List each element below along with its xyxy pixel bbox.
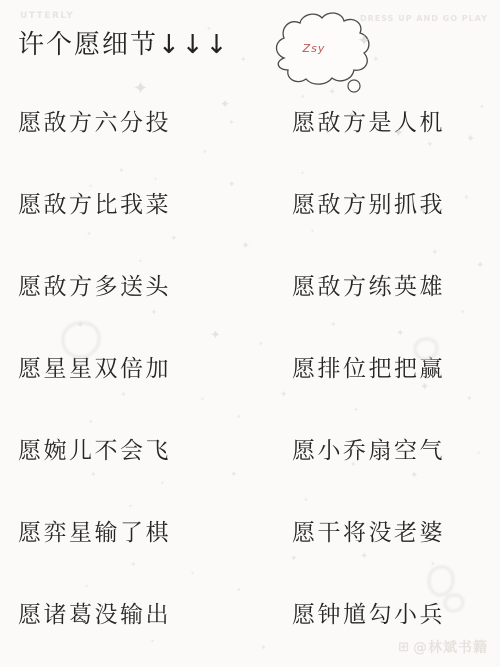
wish-item: 愿敌方多送头 [18,276,171,299]
sparkle-icon: ✦ [228,119,235,127]
sparkle-icon: ✦ [228,181,236,190]
sparkle-icon: ✦ [133,80,148,98]
sparkle-icon: ✦ [372,56,380,65]
doodle-blob [444,594,464,612]
sparkle-icon: ✦ [202,149,208,156]
sparkle-icon: ✦ [150,309,158,318]
wish-item: 愿敌方比我菜 [18,194,171,217]
bubble-signature: Zsy [266,42,362,55]
wish-item: 愿排位把把赢 [292,358,445,381]
sparkle-icon: ✦ [460,309,466,316]
wish-column-right: 愿敌方是人机 愿敌方别抓我 愿敌方练英雄 愿排位把把赢 愿小乔扇空气 愿干将没老… [292,112,445,627]
wish-item: 愿小乔扇空气 [292,440,445,463]
sparkle-icon: ✦ [420,381,429,392]
sparkle-icon: ✦ [328,88,336,98]
wish-item: 愿星星双倍加 [18,358,171,381]
wish-column-left: 愿敌方六分投 愿敌方比我菜 愿敌方多送头 愿星星双倍加 愿婉儿不会飞 愿弈星输了… [18,112,171,627]
sparkle-icon: ✦ [190,571,195,577]
sparkle-icon: ✦ [310,229,315,235]
sparkle-icon: ✦ [150,639,155,645]
sparkle-icon: ✦ [418,204,428,216]
wish-card: UTTERLY DRESS UP AND GO PLAY 许个愿细节↓↓↓ Zs… [0,0,500,667]
sparkle-icon: ✦ [90,471,97,479]
sparkle-icon: ✦ [88,184,93,190]
sparkle-icon: ✦ [350,207,358,216]
sparkle-icon: ✦ [303,497,309,504]
sparkle-icon: ✦ [128,504,133,510]
sparkle-icon: ✦ [236,587,242,594]
sparkle-icon: ✦ [160,481,165,487]
sparkle-icon: ✦ [330,601,335,607]
sparkle-icon: ✦ [476,261,484,271]
sparkle-icon: ✦ [466,133,475,144]
watermark-bottom-right: ⊞ @林斌书籍 [398,637,488,657]
sparkle-icon: ✦ [230,471,238,480]
sparkle-icon: ✦ [280,391,288,400]
sparkle-icon: ✦ [431,249,439,258]
sparkle-icon: ✦ [300,94,306,101]
sparkle-icon: ✦ [138,259,143,265]
sparkle-icon: ✦ [170,235,178,244]
sparkle-icon: ✦ [84,584,89,590]
sparkle-icon: ✦ [200,397,205,403]
sparkle-icon: ✦ [241,240,250,251]
sparkle-icon: ✦ [476,451,481,457]
watermark-top-left: UTTERLY [20,11,74,21]
sparkle-icon: ✦ [240,56,247,64]
sparkle-icon: ✦ [463,194,470,202]
sparkle-icon: ✦ [258,341,264,348]
sparkle-icon: ✦ [426,141,434,150]
sparkle-icon: ✦ [130,561,137,569]
sparkle-icon: ✦ [236,414,242,421]
sparkle-icon: ✦ [118,167,125,175]
watermark-handle: @林斌书籍 [413,637,488,657]
watermark-top-right: DRESS UP AND GO PLAY [360,14,488,23]
page-title: 许个愿细节↓↓↓ [18,24,229,61]
wish-item: 愿钟馗勾小兵 [292,604,445,627]
sparkle-icon: ✦ [353,407,359,414]
wish-item: 愿敌方六分投 [18,112,171,135]
sparkle-icon: ✦ [206,26,212,33]
sparkle-icon: ✦ [466,395,473,403]
sparkle-icon: ✦ [396,329,404,339]
sparkle-icon: ✦ [479,104,485,111]
doodle-blob [428,566,454,596]
watermark-logo-icon: ⊞ [398,640,410,655]
sparkle-icon: ✦ [86,231,92,238]
sparkle-icon: ✦ [260,644,267,652]
sparkle-icon: ✦ [357,33,371,50]
sparkle-icon: ✦ [210,329,221,342]
sparkle-icon: ✦ [300,171,305,177]
wish-item: 愿干将没老婆 [292,522,445,545]
sparkle-icon: ✦ [120,391,127,399]
wish-item: 愿婉儿不会飞 [18,440,171,463]
sparkle-icon: ✦ [360,552,368,562]
sparkle-icon: ✦ [153,177,158,183]
wish-item: 愿敌方是人机 [292,112,445,135]
wish-item: 愿敌方练英雄 [292,276,445,299]
thought-bubble: Zsy [266,6,378,96]
sparkle-icon: ✦ [410,471,418,481]
sparkle-icon: ✦ [88,419,94,426]
wish-item: 愿诸葛没输出 [18,604,171,627]
sparkle-icon: ✦ [348,112,356,121]
sparkle-icon: ✦ [393,127,404,140]
wish-item: 愿弈星输了棋 [18,522,171,545]
sparkle-icon: ✦ [290,555,298,564]
sparkle-icon: ✦ [330,321,337,329]
sparkle-icon: ✦ [350,461,357,469]
sparkle-icon: ✦ [220,98,230,110]
